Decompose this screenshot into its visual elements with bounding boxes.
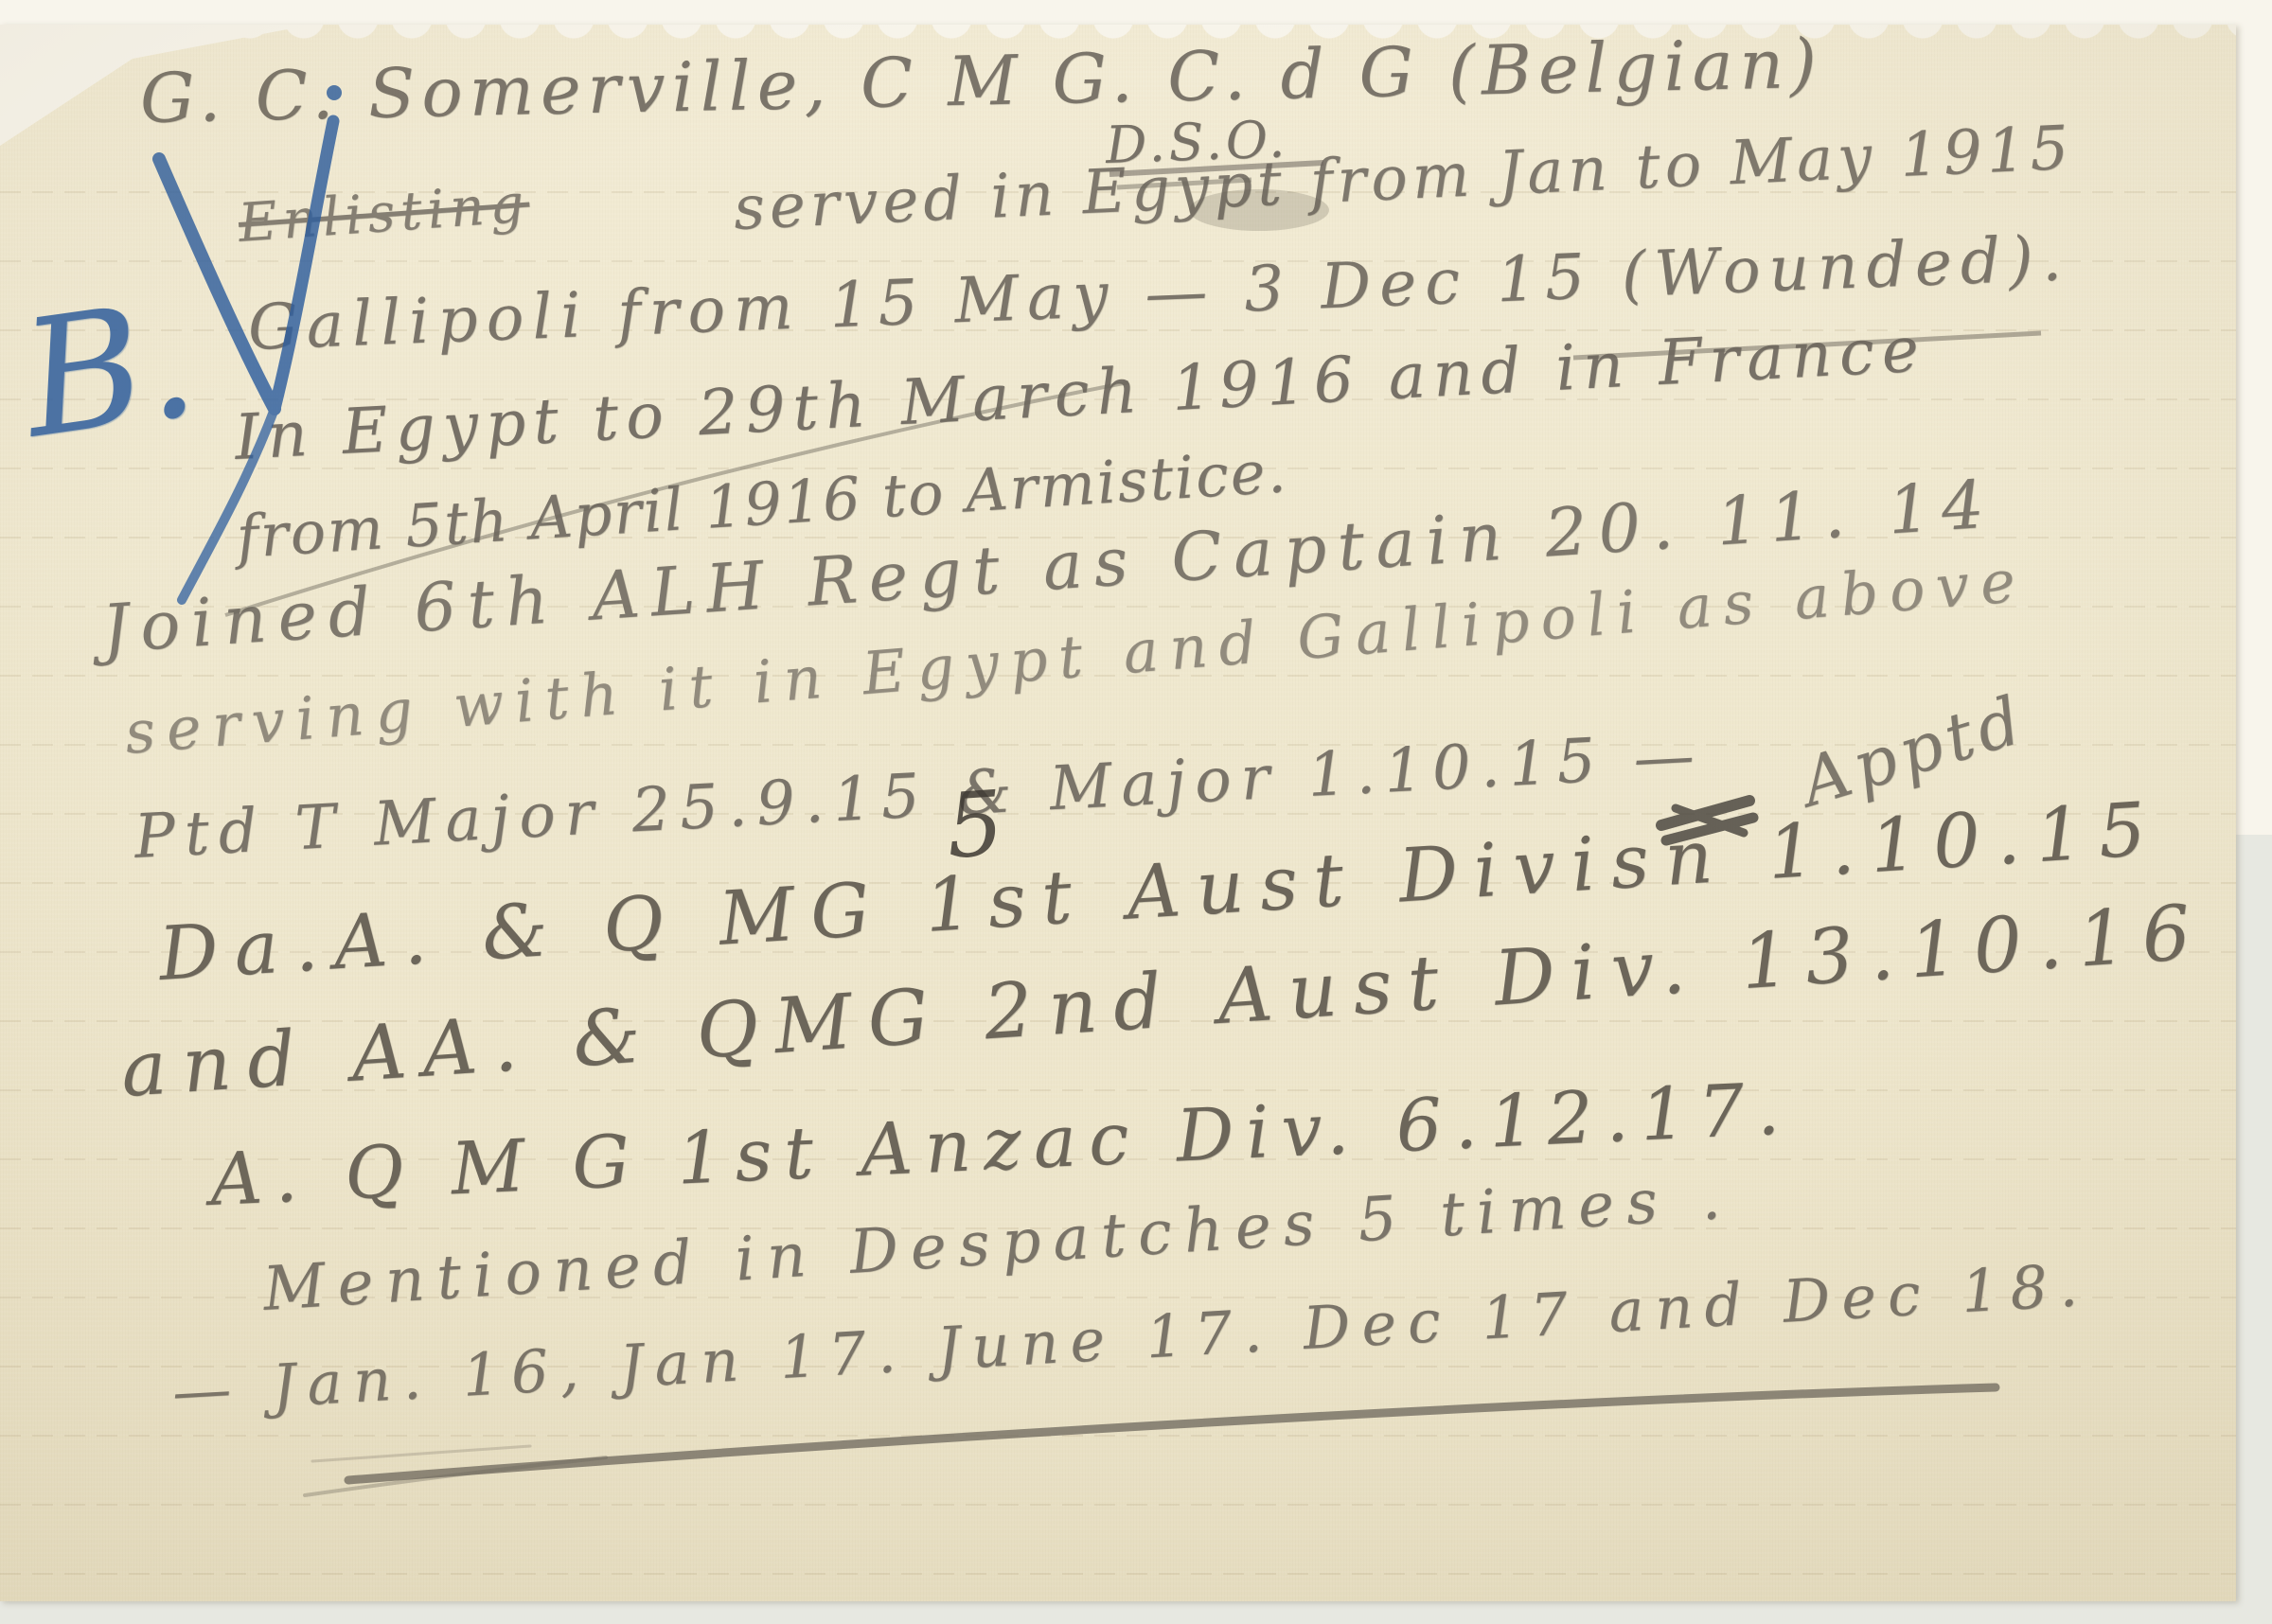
backing-sheet-right	[2232, 0, 2272, 835]
scanned-document: G. C. Somerville, C M G. C. d G (Belgian…	[0, 0, 2272, 1624]
note-paper: G. C. Somerville, C M G. C. d G (Belgian…	[0, 25, 2236, 1601]
scan-vignette	[0, 25, 2236, 1601]
